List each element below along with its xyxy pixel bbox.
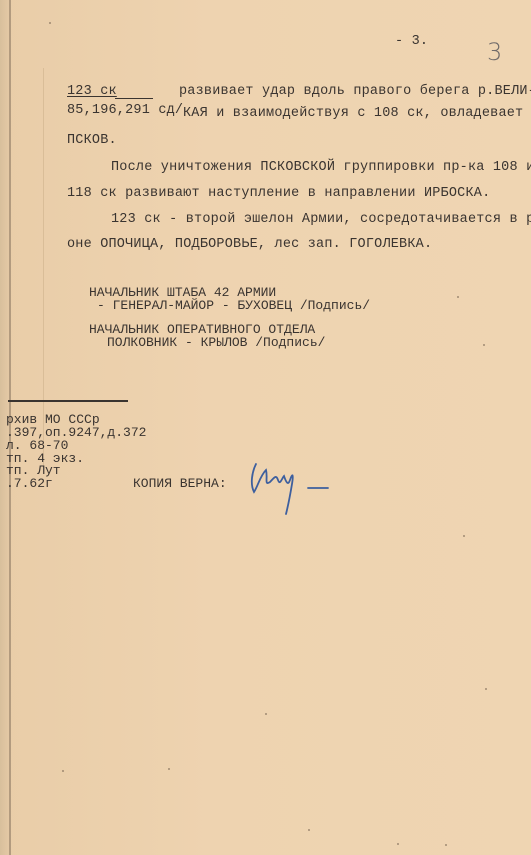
unit-underline bbox=[115, 98, 153, 99]
handwritten-page-number: 3 bbox=[487, 38, 502, 66]
body-line-3: ПСКОВ. bbox=[67, 133, 117, 148]
margin-line bbox=[43, 68, 44, 468]
copy-certified-label: КОПИЯ ВЕРНА: bbox=[133, 476, 227, 491]
typed-page-number: - 3. bbox=[395, 34, 428, 49]
document-page: - 3. 3 123 ск развивает удар вдоль право… bbox=[0, 0, 531, 855]
signature-1-rank: - ГЕНЕРАЛ-МАЙОР - БУХОВЕЦ /Подпись/ bbox=[97, 298, 370, 313]
para3-line-2: оне ОПОЧИЦА, ПОДБОРОВЬЕ, лес зап. ГОГОЛЕ… bbox=[67, 237, 432, 252]
archive-line: .7.62г bbox=[6, 476, 53, 491]
unit-label-123sk: 123 ск bbox=[67, 84, 117, 99]
para3-line-1: 123 ск - второй эшелон Армии, сосредотач… bbox=[111, 212, 531, 227]
para2-line-1: После уничтожения ПСКОВСКОЙ группировки … bbox=[111, 160, 531, 175]
para2-line-2: 118 ск развивают наступление в направлен… bbox=[67, 186, 490, 201]
divisions-label: 85,196,291 сд/ bbox=[67, 103, 183, 118]
body-line-1: развивает удар вдоль правого берега р.ВЕ… bbox=[179, 84, 531, 99]
archive-divider bbox=[8, 400, 128, 402]
signature-2-rank: ПОЛКОВНИК - КРЫЛОВ /Подпись/ bbox=[107, 335, 325, 350]
handwritten-signature bbox=[248, 458, 338, 518]
body-line-2: КАЯ и взаимодействуя с 108 ск, овладевае… bbox=[183, 106, 531, 121]
